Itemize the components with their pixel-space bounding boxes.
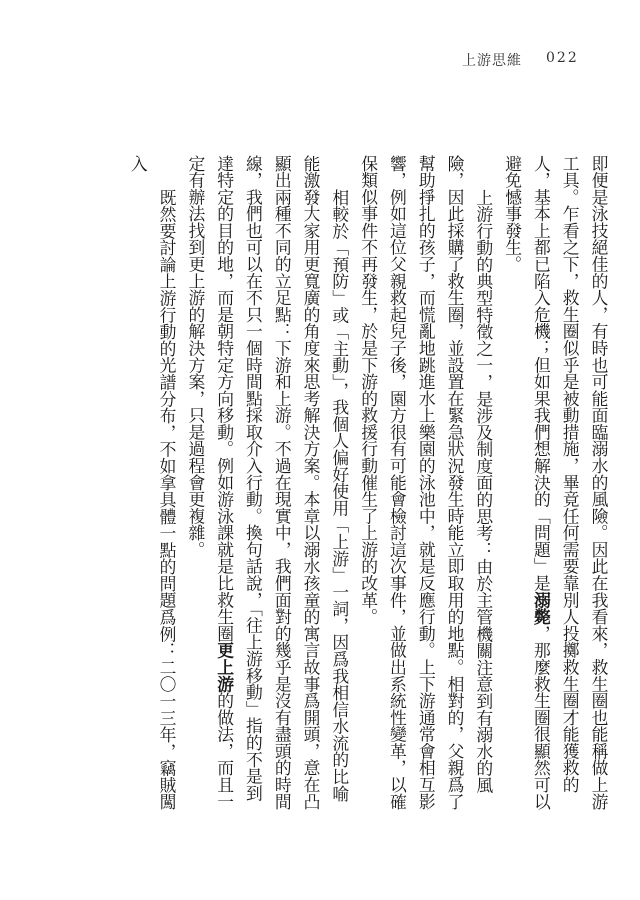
emphasis-drowning: 溺斃 (531, 592, 551, 626)
text-segment: 既然要討論上游行動的光譜分布，不如拿具體一點的問題爲例：二〇一三年，竊賊闖入 (128, 155, 177, 810)
emphasis-more-upstream: 更上游 (215, 642, 235, 692)
paragraph-4: 既然要討論上游行動的光譜分布，不如拿具體一點的問題爲例：二〇一三年，竊賊闖入 (123, 155, 181, 815)
text-segment: 上游行動的典型特徵之一，是涉及制度面的思考：由於主管機關注意到有溺水的風險，因此… (359, 155, 494, 810)
paragraph-2: 上游行動的典型特徵之一，是涉及制度面的思考：由於主管機關注意到有溺水的風險，因此… (354, 155, 498, 815)
body-text: 即便是泳技絕佳的人，有時也可能面臨溺水的風險。因此在我看來，救生圈也能稱做上游工… (123, 155, 613, 815)
running-head: 上游思維 (462, 50, 522, 70)
paragraph-1: 即便是泳技絕佳的人，有時也可能面臨溺水的風險。因此在我看來，救生圈也能稱做上游工… (498, 155, 613, 815)
paragraph-3: 相較於「預防」或「主動」，我個人偏好使用「上游」一詞，因爲我相信水流的比喻能激發… (181, 155, 354, 815)
page-number: 022 (546, 50, 579, 66)
